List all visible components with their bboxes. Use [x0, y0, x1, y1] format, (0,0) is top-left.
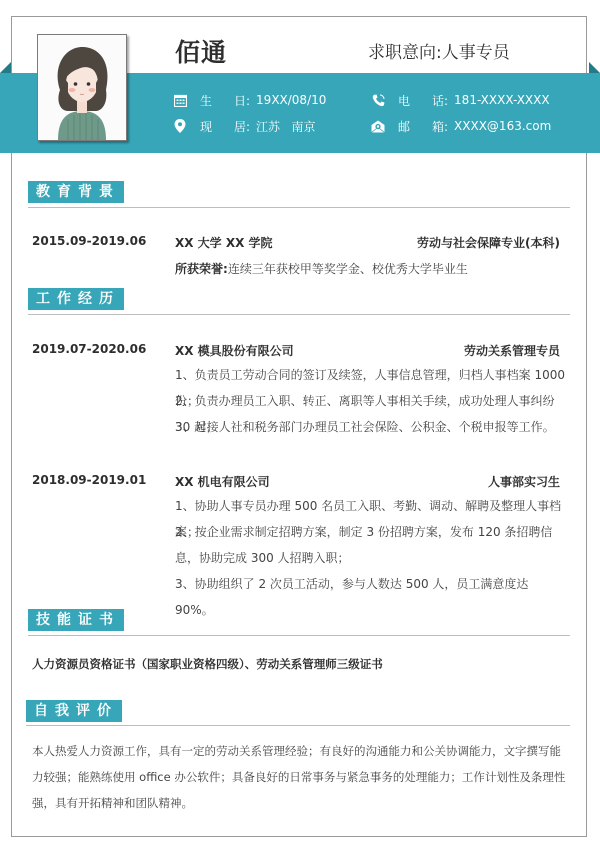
honors-text: 连续三年获校甲等奖学金、校优秀大学毕业生: [228, 262, 468, 276]
residence-label-2: 居:: [234, 118, 250, 135]
job-intent: 求职意向:人事专员: [368, 38, 510, 63]
banner-fold-left: [0, 62, 11, 73]
job-2-date: 2018.09-2019.01: [32, 473, 146, 487]
job-1-duty-3: 3、对接人社和税务部门办理员工社会保险、公积金、个税申报等工作。: [175, 414, 565, 440]
candidate-name: 佰通: [175, 33, 227, 69]
honors-label: 所获荣誉:: [175, 262, 228, 276]
job-1-role: 劳动关系管理专员: [464, 342, 560, 359]
section-divider-education: [28, 207, 570, 208]
info-email: 邮 箱: XXXX@163.com: [371, 116, 551, 136]
section-divider-skills: [28, 635, 570, 636]
phone-value: 181-XXXX-XXXX: [454, 93, 550, 107]
education-major: 劳动与社会保障专业(本科): [417, 234, 560, 251]
location-icon: [173, 119, 187, 133]
section-title-self-eval: 自我评价: [26, 700, 122, 722]
certificates-text: 人力资源员资格证书（国家职业资格四级）、劳动关系管理师三级证书: [32, 656, 383, 672]
birthday-value: 19XX/08/10: [256, 93, 326, 107]
job-1-company: XX 模具股份有限公司: [175, 342, 294, 359]
info-phone: 电 话: 181-XXXX-XXXX: [371, 90, 550, 110]
email-label-1: 邮: [398, 118, 412, 135]
section-title-skills: 技能证书: [28, 609, 124, 631]
job-2-company: XX 机电有限公司: [175, 473, 270, 490]
info-birthday: 生 日: 19XX/08/10: [173, 90, 326, 110]
job-2-duty-2: 2、按企业需求制定招聘方案，制定 3 份招聘方案，发布 120 条招聘信息，协助…: [175, 519, 565, 571]
education-school: XX 大学 XX 学院: [175, 234, 273, 251]
section-divider-self-eval: [26, 725, 570, 726]
education-date: 2015.09-2019.06: [32, 234, 146, 248]
banner-fold-right: [589, 62, 600, 73]
phone-label-1: 电: [398, 92, 412, 109]
section-title-work: 工作经历: [28, 288, 124, 310]
phone-icon: [371, 93, 385, 107]
self-evaluation-text: 本人热爱人力资源工作，具有一定的劳动关系管理经验；有良好的沟通能力和公关协调能力…: [32, 738, 567, 816]
phone-label-2: 话:: [432, 92, 448, 109]
residence-label-1: 现: [200, 118, 214, 135]
birthday-label-1: 生: [200, 92, 214, 109]
job-2-duty-3: 3、协助组织了 2 次员工活动，参与人数达 500 人，员工满意度达 90%。: [175, 571, 565, 623]
email-label-2: 箱:: [432, 118, 448, 135]
job-2-role: 人事部实习生: [488, 473, 560, 490]
birthday-label-2: 日:: [234, 92, 250, 109]
job-1-date: 2019.07-2020.06: [32, 342, 146, 356]
education-honors: 所获荣誉:连续三年获校甲等奖学金、校优秀大学毕业生: [175, 260, 468, 277]
calendar-icon: [173, 93, 187, 107]
avatar-illustration-icon: [38, 35, 126, 140]
profile-photo: [37, 34, 127, 141]
mail-icon: [371, 119, 385, 133]
email-value: XXXX@163.com: [454, 119, 551, 133]
section-divider-work: [28, 314, 570, 315]
section-title-education: 教育背景: [28, 181, 124, 203]
residence-value: 江苏 南京: [256, 118, 315, 135]
info-residence: 现 居: 江苏 南京: [173, 116, 316, 136]
